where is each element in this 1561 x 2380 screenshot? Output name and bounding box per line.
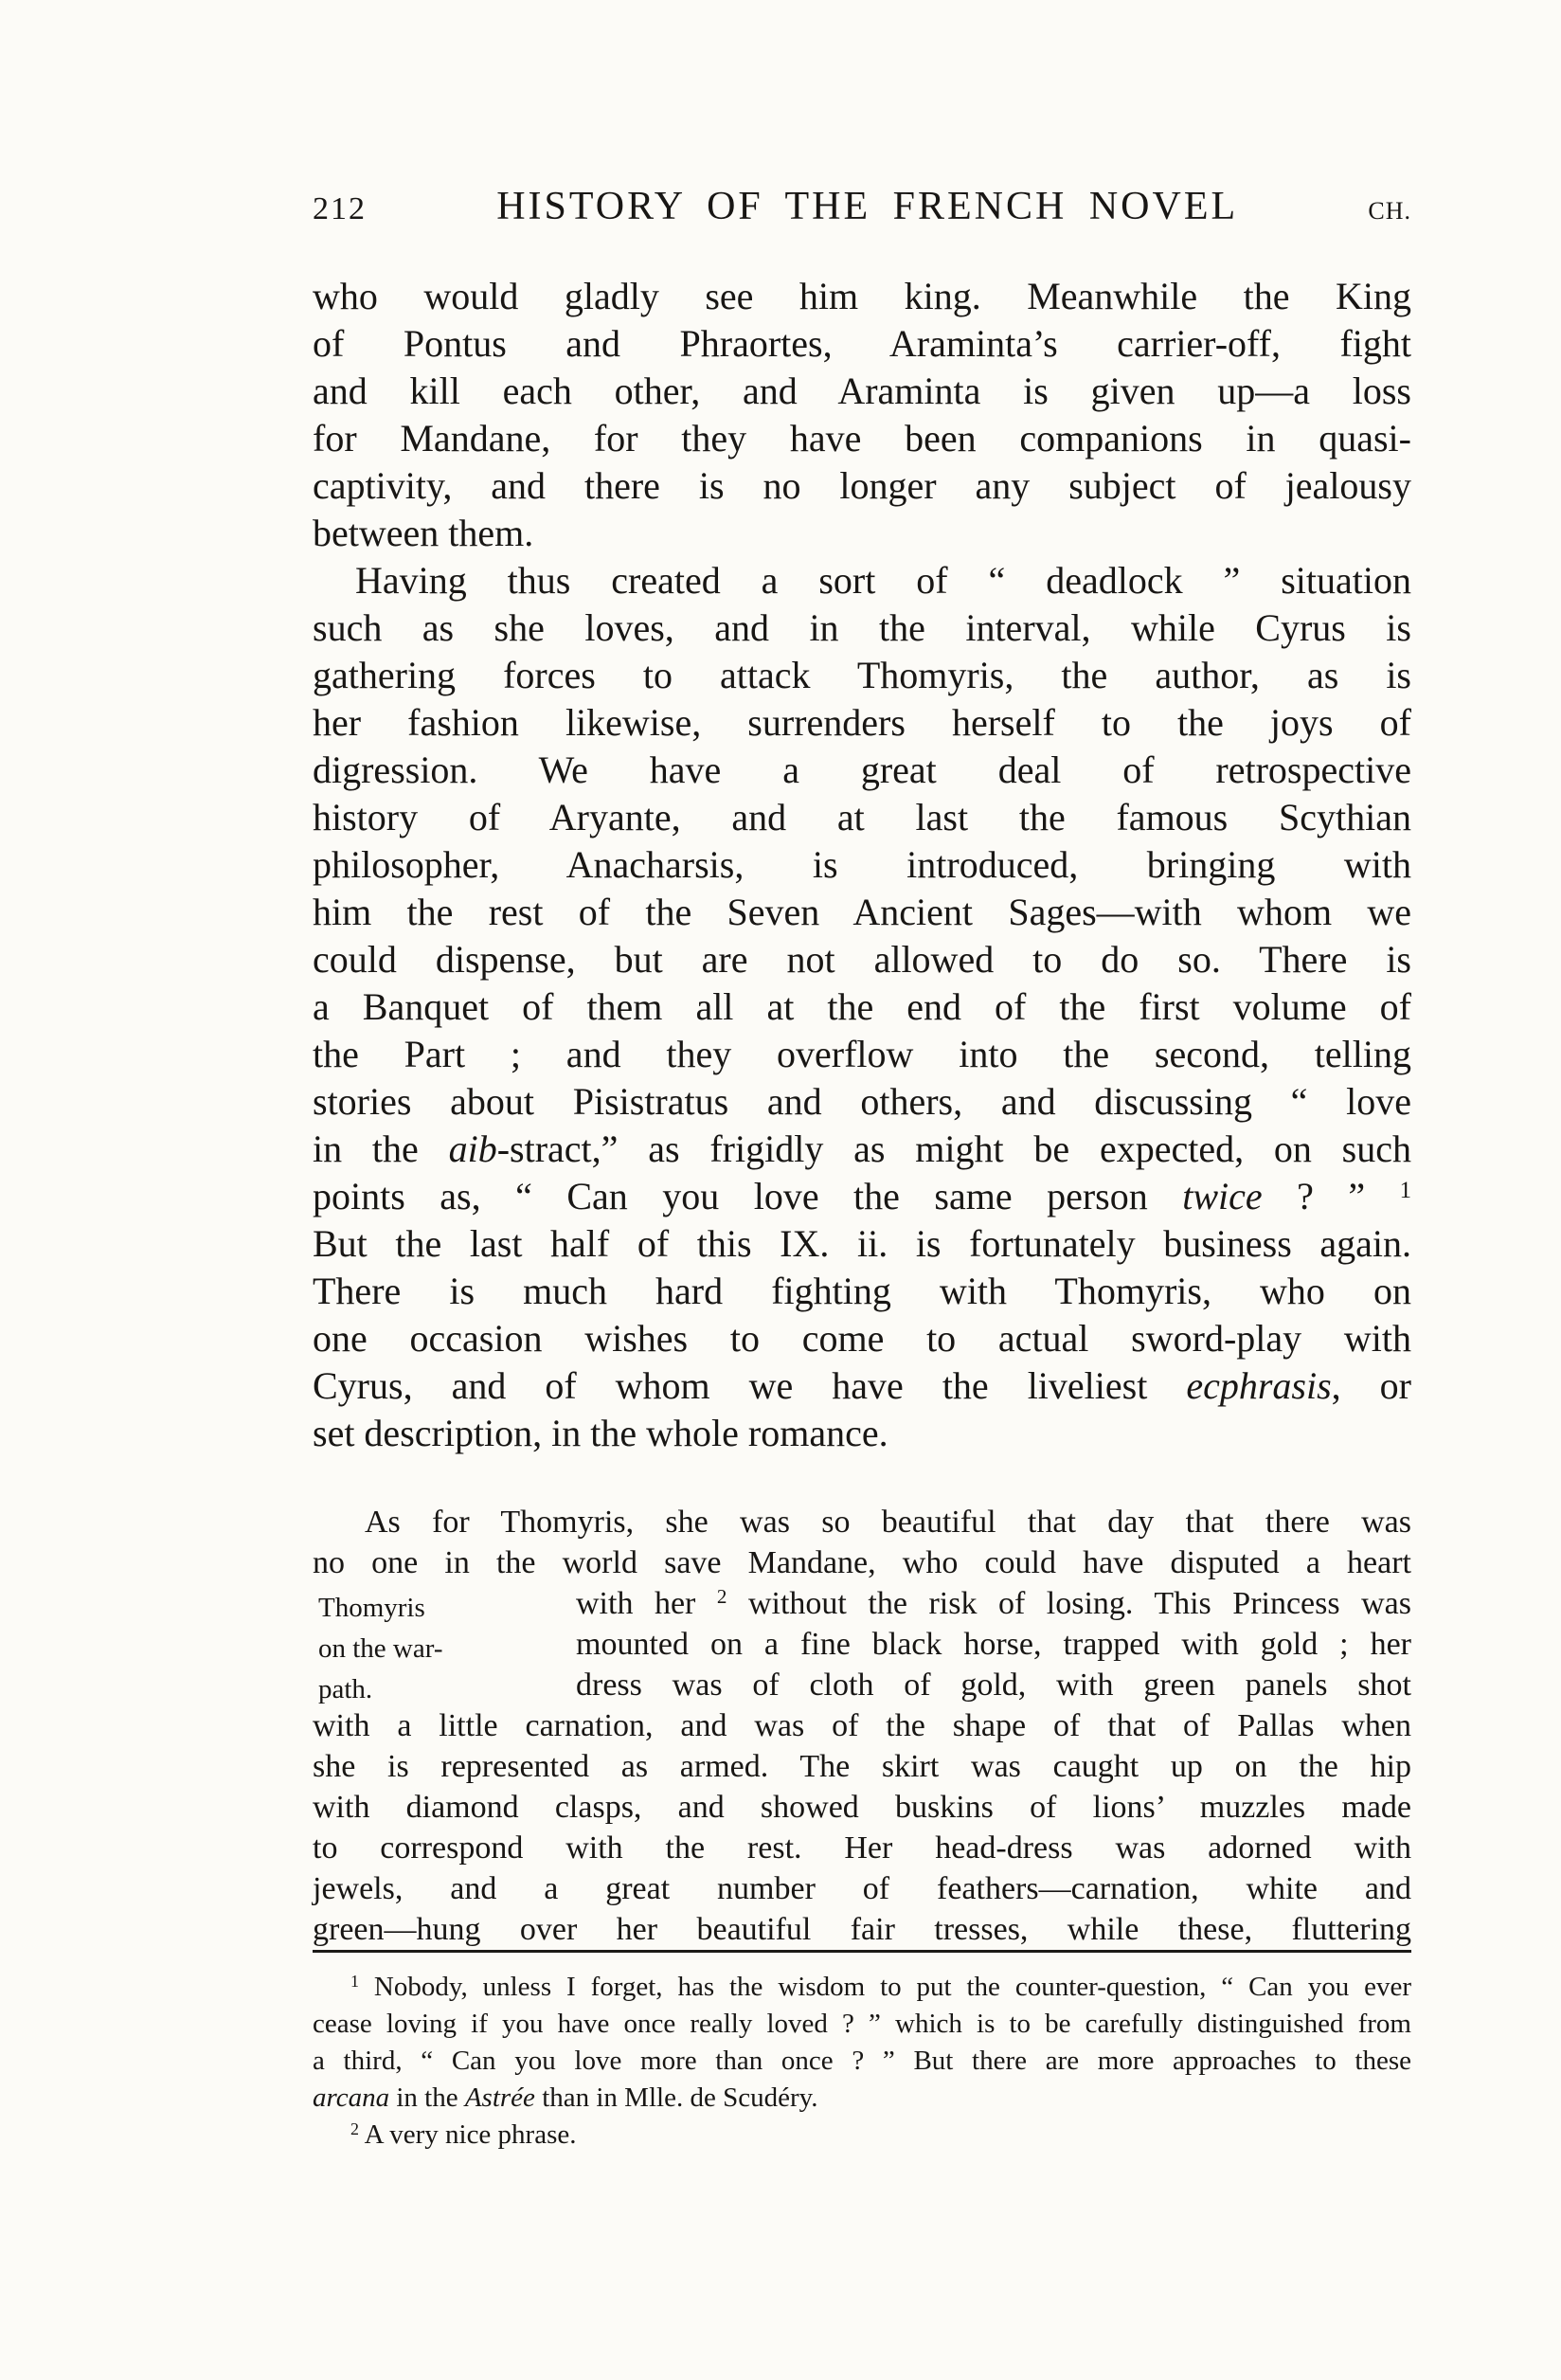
text-line: the Part ; and they overflow into the se…: [313, 1031, 1411, 1078]
text-segment: she is represented as armed. The skirt w…: [313, 1749, 1411, 1784]
text-line: 2 A very nice phrase.: [313, 2117, 1411, 2154]
text-line: such as she loves, and in the interval, …: [313, 604, 1411, 652]
text-segment: for Mandane, for they have been companio…: [313, 417, 1411, 460]
text-line: There is much hard fighting with Thomyri…: [313, 1268, 1411, 1315]
text-segment: captivity, and there is no longer any su…: [313, 464, 1411, 507]
text-line: 1 Nobody, unless I forget, has the wisdo…: [313, 1969, 1411, 2006]
text-line: arcana in the Astrée than in Mlle. de Sc…: [313, 2080, 1411, 2117]
text-line: could dispense, but are not allowed to d…: [313, 936, 1411, 983]
text-line: gathering forces to attack Thomyris, the…: [313, 652, 1411, 699]
book-page: 212 HISTORY OF THE FRENCH NOVEL CH. who …: [0, 0, 1561, 2380]
footnote-marker: 1: [1400, 1178, 1411, 1203]
text-line: with diamond clasps, and showed buskins …: [313, 1787, 1411, 1828]
text-line: history of Aryante, and at last the famo…: [313, 794, 1411, 841]
text-line: one occasion wishes to come to actual sw…: [313, 1315, 1411, 1362]
text-line: of Pontus and Phraortes, Araminta’s carr…: [313, 320, 1411, 368]
text-segment: with a little carnation, and was of the …: [313, 1708, 1411, 1743]
text-segment: with her: [576, 1586, 717, 1621]
text-segment: set description, in the whole romance.: [313, 1412, 888, 1454]
text-segment: arcana: [313, 2082, 389, 2113]
text-segment: stories about Pisistratus and others, an…: [313, 1080, 1411, 1123]
footnotes-block: 1 Nobody, unless I forget, has the wisdo…: [313, 1969, 1411, 2154]
text-segment: twice: [1182, 1175, 1262, 1217]
text-segment: But the last half of this IX. ii. is for…: [313, 1222, 1411, 1265]
text-segment: green—hung over her beautiful fair tress…: [313, 1912, 1411, 1947]
footnote-divider: [313, 1950, 1411, 1953]
running-title: HISTORY OF THE FRENCH NOVEL: [496, 184, 1238, 229]
text-line: jewels, and a great number of feathers—c…: [313, 1868, 1411, 1909]
margin-note-line: Thomyris: [318, 1588, 551, 1629]
text-line: set description, in the whole romance.: [313, 1410, 1411, 1457]
text-line: with her 2 without the risk of losing. T…: [576, 1583, 1411, 1624]
text-segment: of Pontus and Phraortes, Araminta’s carr…: [313, 322, 1411, 365]
text-segment: Having thus created a sort of “ deadlock…: [355, 559, 1411, 602]
text-line: for Mandane, for they have been companio…: [313, 415, 1411, 462]
text-line: stories about Pisistratus and others, an…: [313, 1078, 1411, 1126]
footnote-marker: 1: [350, 1972, 359, 1991]
text-segment: her fashion likewise, surrenders herself…: [313, 701, 1411, 744]
text-segment: jewels, and a great number of feathers—c…: [313, 1871, 1411, 1906]
text-segment: could dispense, but are not allowed to d…: [313, 938, 1411, 981]
text-segment: a Banquet of them all at the end of the …: [313, 985, 1411, 1028]
text-segment: A very nice phrase.: [359, 2119, 577, 2150]
margin-note-line: on the war-: [318, 1629, 551, 1669]
text-segment: in the: [389, 2082, 465, 2113]
text-line: and kill each other, and Araminta is giv…: [313, 368, 1411, 415]
main-text-block: who would gladly see him king. Meanwhile…: [313, 273, 1411, 1457]
text-line: her fashion likewise, surrenders herself…: [313, 699, 1411, 747]
text-segment: him the rest of the Seven Ancient Sages—…: [313, 891, 1411, 933]
text-line: to correspond with the rest. Her head-dr…: [313, 1828, 1411, 1868]
text-line: green—hung over her beautiful fair tress…: [313, 1909, 1411, 1950]
text-segment: one occasion wishes to come to actual sw…: [313, 1317, 1411, 1360]
text-line: dress was of cloth of gold, with green p…: [576, 1665, 1411, 1705]
text-segment: and kill each other, and Araminta is giv…: [313, 370, 1411, 412]
text-line: a third, “ Can you love more than once ?…: [313, 2043, 1411, 2080]
text-line: philosopher, Anacharsis, is introduced, …: [313, 841, 1411, 889]
text-line: a Banquet of them all at the end of the …: [313, 983, 1411, 1031]
text-segment: cease loving if you have once really lov…: [313, 2009, 1411, 2039]
text-segment: , or: [1332, 1364, 1411, 1407]
text-segment: digression. We have a great deal of retr…: [313, 748, 1411, 791]
text-line: But the last half of this IX. ii. is for…: [313, 1220, 1411, 1268]
text-line: no one in the world save Mandane, who co…: [313, 1542, 1411, 1583]
text-segment: history of Aryante, and at last the famo…: [313, 796, 1411, 838]
chapter-mark: CH.: [1368, 197, 1411, 225]
text-segment: the Part ; and they overflow into the se…: [313, 1033, 1411, 1075]
text-line: with a little carnation, and was of the …: [313, 1705, 1411, 1746]
text-line: Having thus created a sort of “ deadlock…: [313, 557, 1411, 604]
text-line: who would gladly see him king. Meanwhile…: [313, 273, 1411, 320]
text-segment: Cyrus, and of whom we have the liveliest: [313, 1364, 1186, 1407]
text-line: between them.: [313, 510, 1411, 557]
text-line: mounted on a fine black horse, trapped w…: [576, 1624, 1411, 1665]
text-line: Cyrus, and of whom we have the liveliest…: [313, 1362, 1411, 1410]
text-line: she is represented as armed. The skirt w…: [313, 1746, 1411, 1787]
text-segment: a third, “ Can you love more than once ?…: [313, 2046, 1411, 2076]
footnote-marker: 2: [350, 2119, 359, 2138]
text-line: points as, “ Can you love the same perso…: [313, 1173, 1411, 1220]
text-line: in the aib-stract,” as frigidly as might…: [313, 1126, 1411, 1173]
text-segment: with diamond clasps, and showed buskins …: [313, 1790, 1411, 1825]
margin-note-line: path.: [318, 1669, 551, 1710]
text-segment: no one in the world save Mandane, who co…: [313, 1545, 1411, 1580]
text-segment: dress was of cloth of gold, with green p…: [576, 1668, 1411, 1703]
text-segment: -stract,” as frigidly as might be expect…: [497, 1127, 1411, 1170]
text-segment: There is much hard fighting with Thomyri…: [313, 1270, 1411, 1312]
text-segment: Nobody, unless I forget, has the wisdom …: [359, 1972, 1411, 2002]
text-segment: who would gladly see him king. Meanwhile…: [313, 275, 1411, 317]
text-line: cease loving if you have once really lov…: [313, 2006, 1411, 2043]
text-line: him the rest of the Seven Ancient Sages—…: [313, 889, 1411, 936]
text-segment: aib: [449, 1127, 497, 1170]
text-segment: As for Thomyris, she was so beautiful th…: [365, 1505, 1411, 1540]
text-segment: than in Mlle. de Scudéry.: [535, 2082, 818, 2113]
text-segment: philosopher, Anacharsis, is introduced, …: [313, 843, 1411, 886]
text-line: digression. We have a great deal of retr…: [313, 747, 1411, 794]
text-segment: such as she loves, and in the interval, …: [313, 606, 1411, 649]
margin-note: Thomyris on the war- path.: [318, 1588, 551, 1710]
page-number: 212: [313, 191, 367, 227]
running-header: 212 HISTORY OF THE FRENCH NOVEL CH.: [313, 184, 1411, 229]
text-segment: ecphrasis: [1186, 1364, 1331, 1407]
text-segment: ? ”: [1263, 1175, 1400, 1217]
text-segment: mounted on a fine black horse, trapped w…: [576, 1627, 1411, 1662]
footnote-marker: 2: [717, 1585, 727, 1608]
text-segment: in the: [313, 1127, 449, 1170]
quotation-block: As for Thomyris, she was so beautiful th…: [313, 1502, 1411, 1950]
text-segment: without the risk of losing. This Princes…: [727, 1586, 1411, 1621]
text-segment: between them.: [313, 512, 533, 554]
text-line: As for Thomyris, she was so beautiful th…: [313, 1502, 1411, 1542]
text-segment: to correspond with the rest. Her head-dr…: [313, 1830, 1411, 1866]
text-segment: points as, “ Can you love the same perso…: [313, 1175, 1182, 1217]
text-line: captivity, and there is no longer any su…: [313, 462, 1411, 510]
text-segment: gathering forces to attack Thomyris, the…: [313, 654, 1411, 696]
text-segment: Astrée: [465, 2082, 535, 2113]
